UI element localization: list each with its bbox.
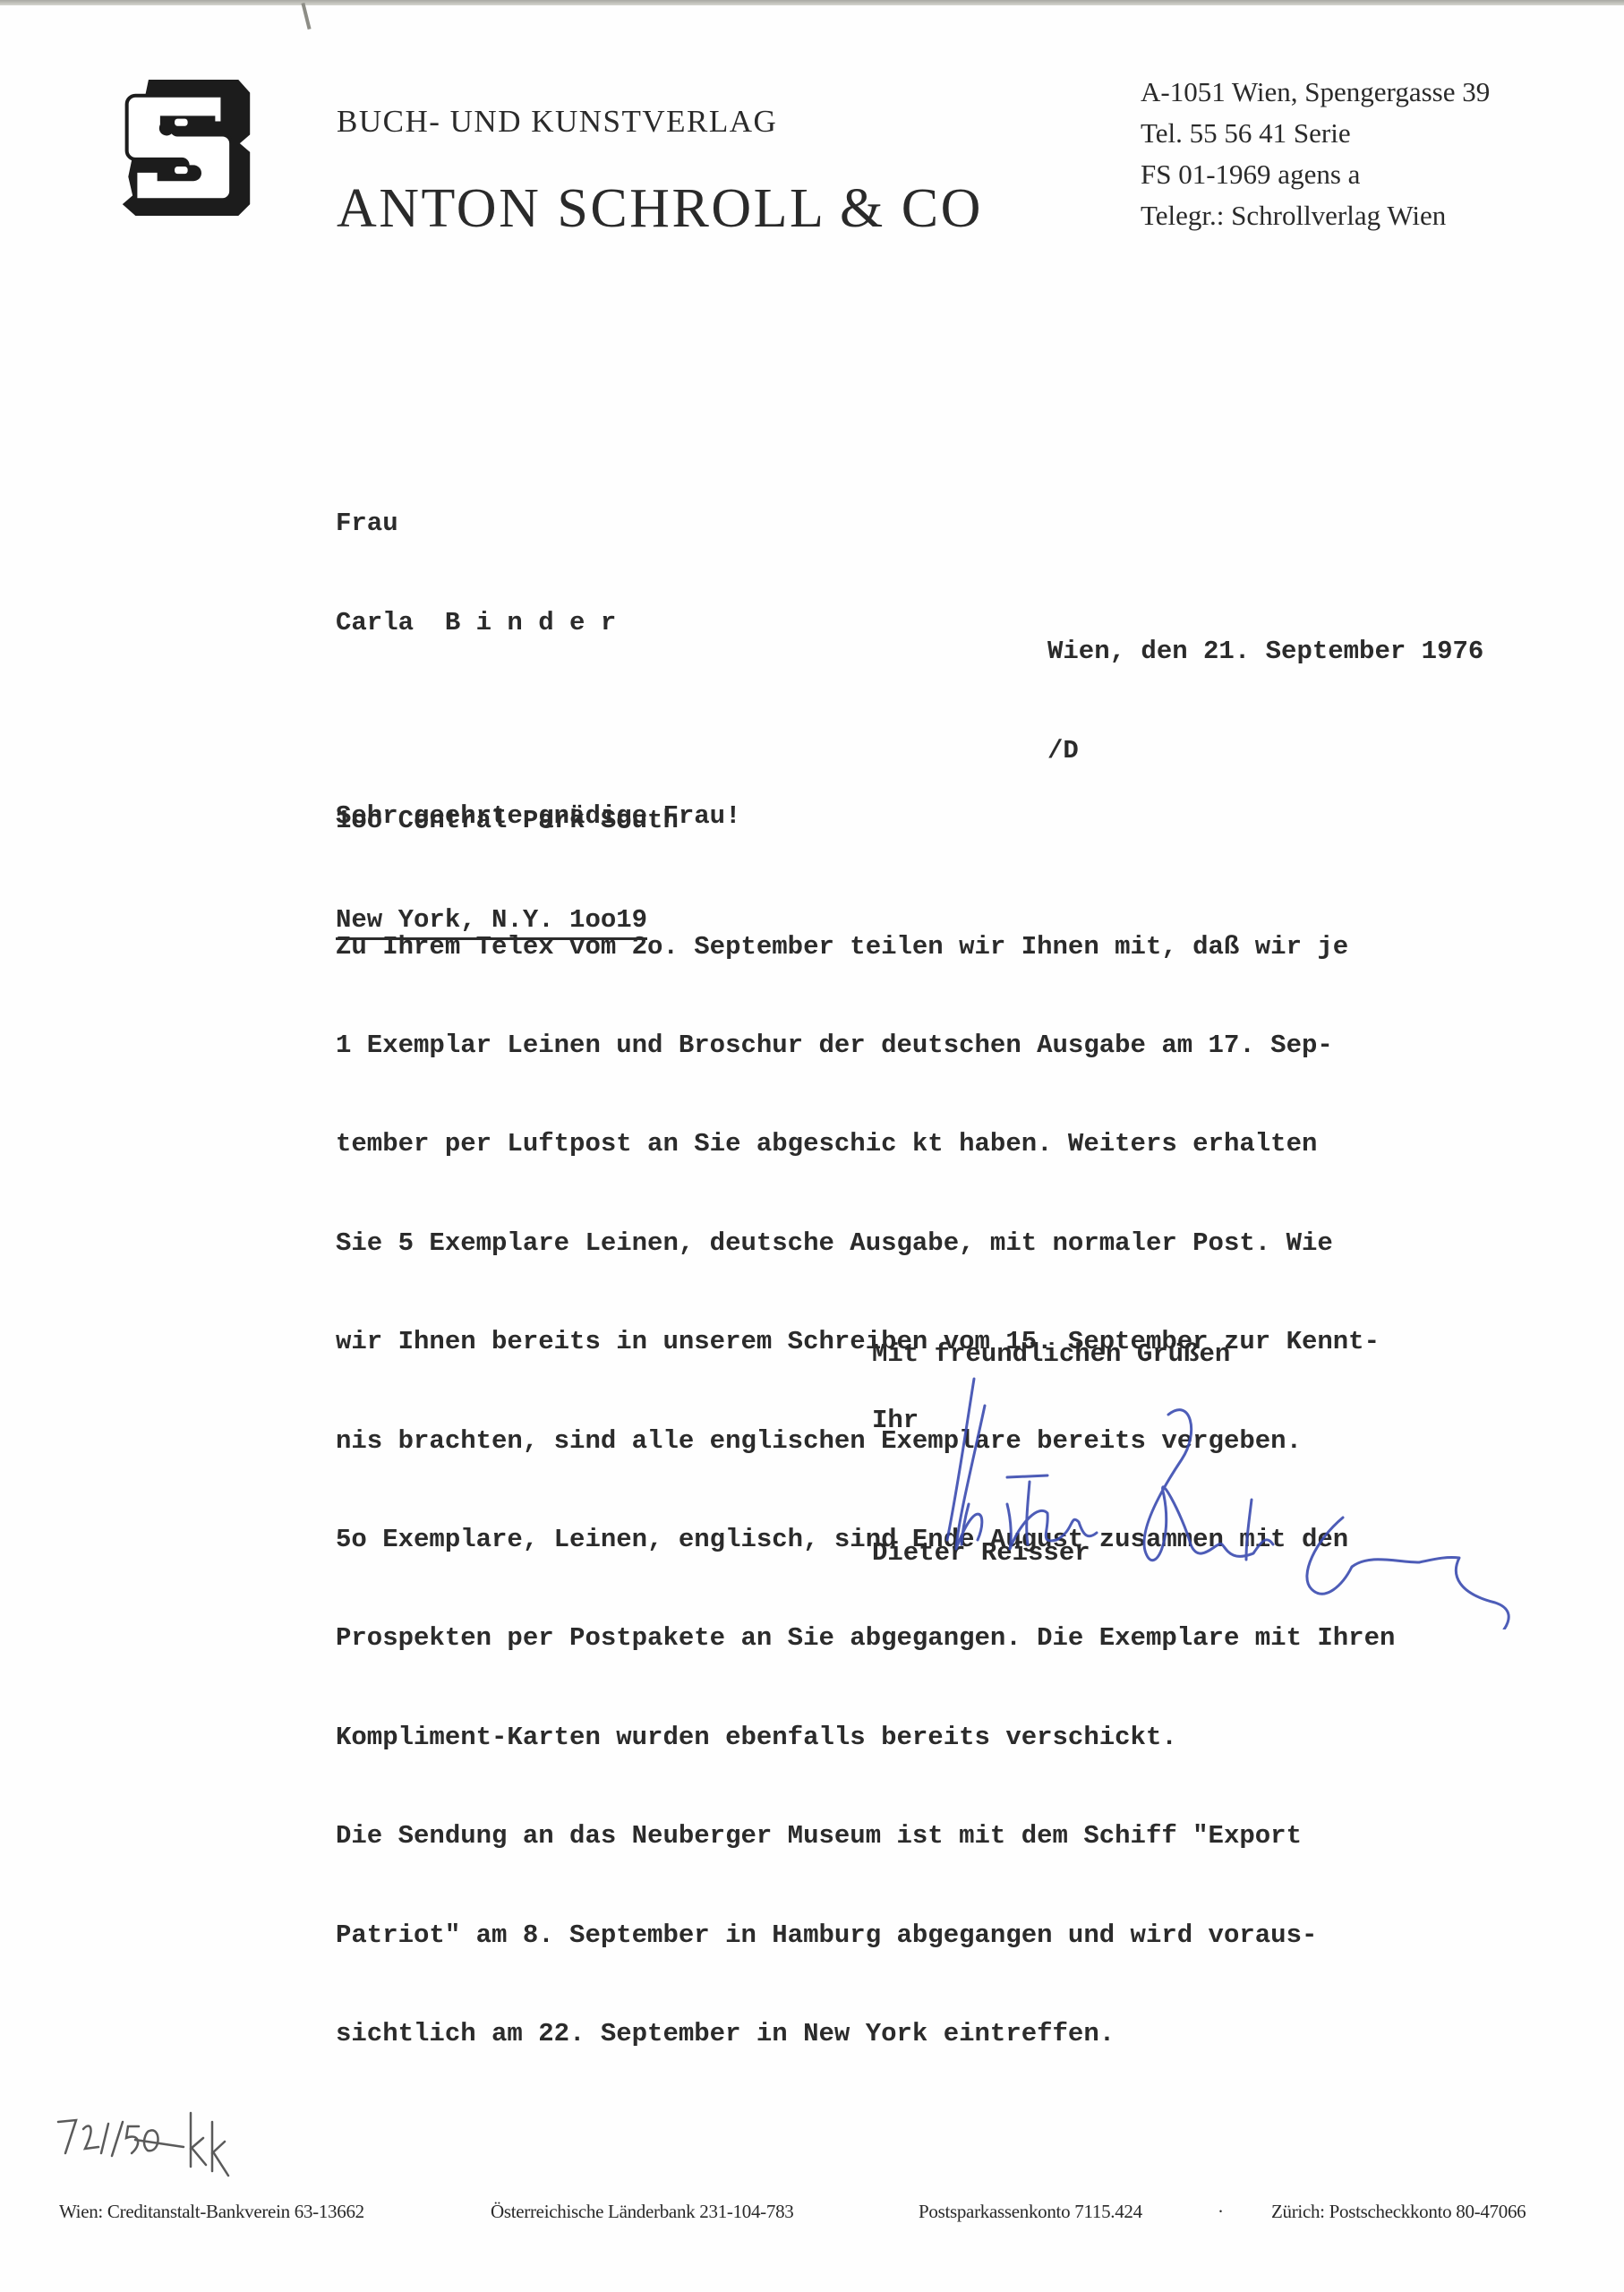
publisher-tagline: BUCH- UND KUNSTVERLAG [337, 104, 777, 140]
telex-line: FS 01-1969 agens a [1141, 154, 1490, 195]
body-line: Kompliment-Karten wurden ebenfalls berei… [336, 1722, 1395, 1755]
closing-prefix: Ihr [872, 1406, 919, 1435]
letter-date: Wien, den 21. September 1976 [1047, 635, 1483, 668]
body-line: 1 Exemplar Leinen und Broschur der deuts… [336, 1030, 1395, 1063]
body-line: Patriot" am 8. September in Hamburg abge… [336, 1920, 1395, 1953]
scanned-page-edge [0, 0, 1624, 5]
footer-separator: · [1218, 2201, 1224, 2223]
address-line: A-1051 Wien, Spengergasse 39 [1141, 72, 1490, 113]
footer-postsparkasse: Postsparkassenkonto 7115.424 [919, 2201, 1142, 2223]
body-line: tember per Luftpost an Sie abgeschic kt … [336, 1128, 1395, 1161]
salutation: Sehr geehrte gnädige Frau! [336, 801, 740, 831]
letter-page: BUCH- UND KUNSTVERLAG ANTON SCHROLL & CO… [0, 0, 1624, 2292]
body-line: Die Sendung an das Neuberger Museum ist … [336, 1820, 1395, 1853]
recipient-name: Carla B i n d e r [336, 606, 679, 639]
body-line: sichtlich am 22. September in New York e… [336, 2018, 1395, 2051]
reference-code: /D [1047, 734, 1483, 767]
contact-block: A-1051 Wien, Spengergasse 39 Tel. 55 56 … [1141, 72, 1490, 236]
schroll-s-logo-icon [106, 68, 267, 227]
footer-zurich-postscheck: Zürich: Postscheckkonto 80-47066 [1271, 2201, 1526, 2223]
phone-line: Tel. 55 56 41 Serie [1141, 113, 1490, 154]
body-line: Sie 5 Exemplare Leinen, deutsche Ausgabe… [336, 1227, 1395, 1261]
body-line: wir Ihnen bereits in unserem Schreiben v… [336, 1326, 1395, 1359]
handwritten-reference-note-icon [49, 2104, 282, 2185]
handwritten-signature-icon [922, 1361, 1531, 1629]
body-line: Zu Ihrem Telex vom 2o. September teilen … [336, 931, 1395, 964]
recipient-title: Frau [336, 507, 679, 540]
footer-bank-creditanstalt: Wien: Creditanstalt-Bankverein 63-13662 [59, 2201, 364, 2223]
telegram-line: Telegr.: Schrollverlag Wien [1141, 195, 1490, 236]
date-block: Wien, den 21. September 1976 /D [1047, 569, 1483, 834]
footer-bank-laenderbank: Österreichische Länderbank 231-104-783 [491, 2201, 793, 2223]
company-name: ANTON SCHROLL & CO [337, 177, 983, 241]
paper-tear-mark [301, 3, 311, 30]
